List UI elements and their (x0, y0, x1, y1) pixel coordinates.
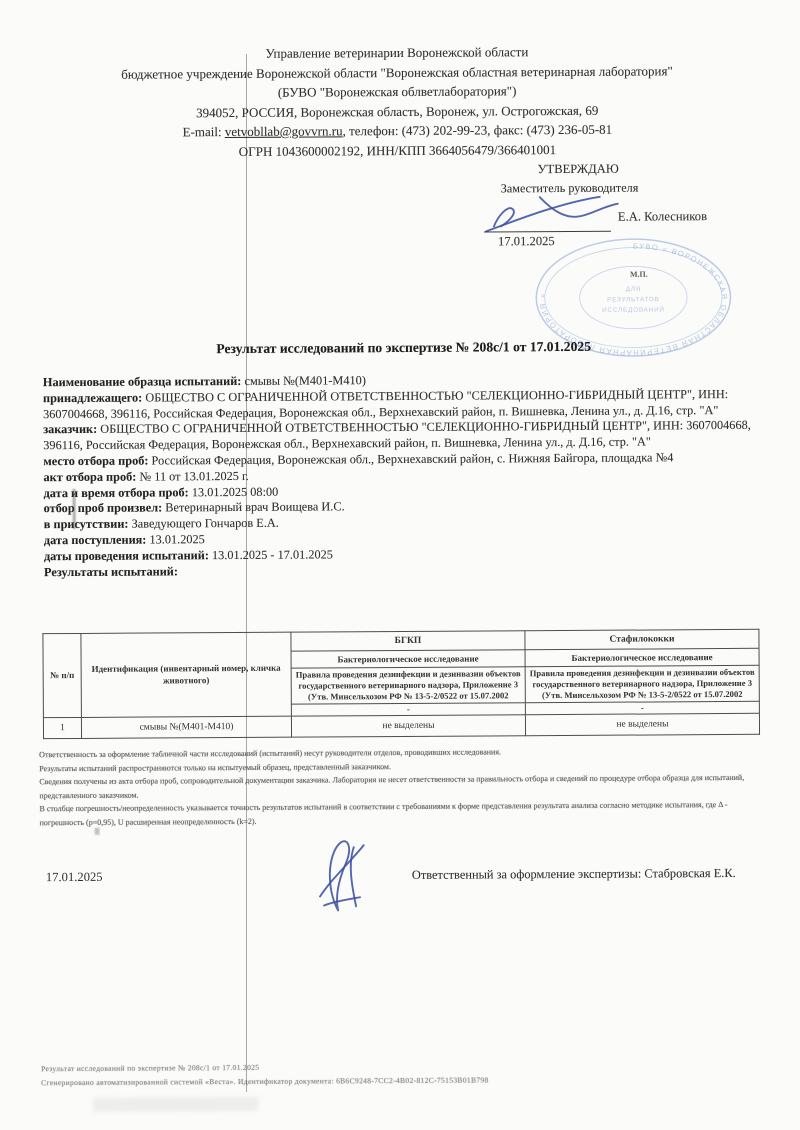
results-table: № п/п Идентификация (инвентарный номер, … (42, 629, 760, 739)
scan-smudge (95, 828, 100, 835)
col-header-num: № п/п (43, 633, 82, 717)
signoff-date: 17.01.2025 (46, 870, 103, 885)
sample-info: Наименование образца испытаний: смывы №(… (43, 371, 760, 581)
col-header-identification: Идентификация (инвентарный номер, кличка… (81, 632, 292, 717)
scan-smudge (73, 489, 76, 529)
results-heading: Результаты испытаний: (44, 560, 760, 580)
result-bgkp: не выделены (291, 715, 525, 737)
study-type-staph: Бактериологическое исследование (525, 648, 759, 666)
letterhead: Управление ветеринарии Воронежской облас… (0, 41, 798, 163)
email-link: vetvobllab@govvrn.ru (225, 123, 343, 139)
email-label: E-mail: (183, 124, 222, 139)
approve-label: УТВЕРЖДАЮ (538, 162, 619, 177)
col-header-bgkp: БГКП (291, 631, 525, 651)
responsible-signature (304, 836, 376, 914)
approver-name: Е.А. Колесников (618, 209, 707, 225)
document-content: Управление ветеринарии Воронежской облас… (0, 0, 800, 1130)
scanner-streak-artifact (246, 54, 247, 1092)
result-staph: не выделены (525, 713, 759, 735)
stamp-center-line: ИССЛЕДОВАНИЙ (602, 305, 665, 314)
col-header-staph: Стафилококки (525, 629, 759, 649)
table-row: 1 смывы №(М401-М410) не выделены не выде… (43, 713, 759, 738)
scanned-document-page: Управление ветеринарии Воронежской облас… (0, 0, 800, 1130)
footer-expertise-ref: Результат исследований по экспертизе № 2… (41, 1060, 771, 1073)
row-num: 1 (43, 717, 81, 738)
field-customer: заказчик: ОБЩЕСТВО С ОГРАНИЧЕННОЙ ОТВЕТС… (43, 418, 759, 454)
phone-fax-text: , телефон: (473) 202-99-23, факс: (473) … (343, 122, 613, 139)
stamp-center-line: ДЛЯ (626, 286, 641, 293)
method-staph: Правила проведения дезинфекции и дезинва… (525, 665, 759, 702)
scan-smudge (93, 1097, 258, 1112)
responsible-person: Ответственный за оформление экспертизы: … (412, 866, 736, 883)
field-owner: принадлежащего: ОБЩЕСТВО С ОГРАНИЧЕННОЙ … (43, 387, 759, 423)
footer-vesta-id: Сгенерировано автоматизированной системо… (41, 1074, 771, 1087)
org-ogrn-inn: ОГРН 1043600002192, ИНН/КПП 3664056479/3… (0, 138, 798, 162)
disclaimer-notes: Ответственность за оформление табличной … (39, 744, 763, 829)
method-bgkp: Правила проведения дезинфекции и дезинва… (291, 667, 525, 704)
signature-line (484, 213, 611, 233)
row-sample-id: смывы №(М401-М410) (81, 716, 291, 738)
stamp-mp-label: М.П. (630, 270, 648, 279)
stamp-center-line: РЕЗУЛЬТАТОВ (607, 296, 660, 303)
note-4: В столбце погрешность/неопределенность у… (39, 798, 763, 829)
study-type-bgkp: Бактериологическое исследование (291, 650, 525, 668)
